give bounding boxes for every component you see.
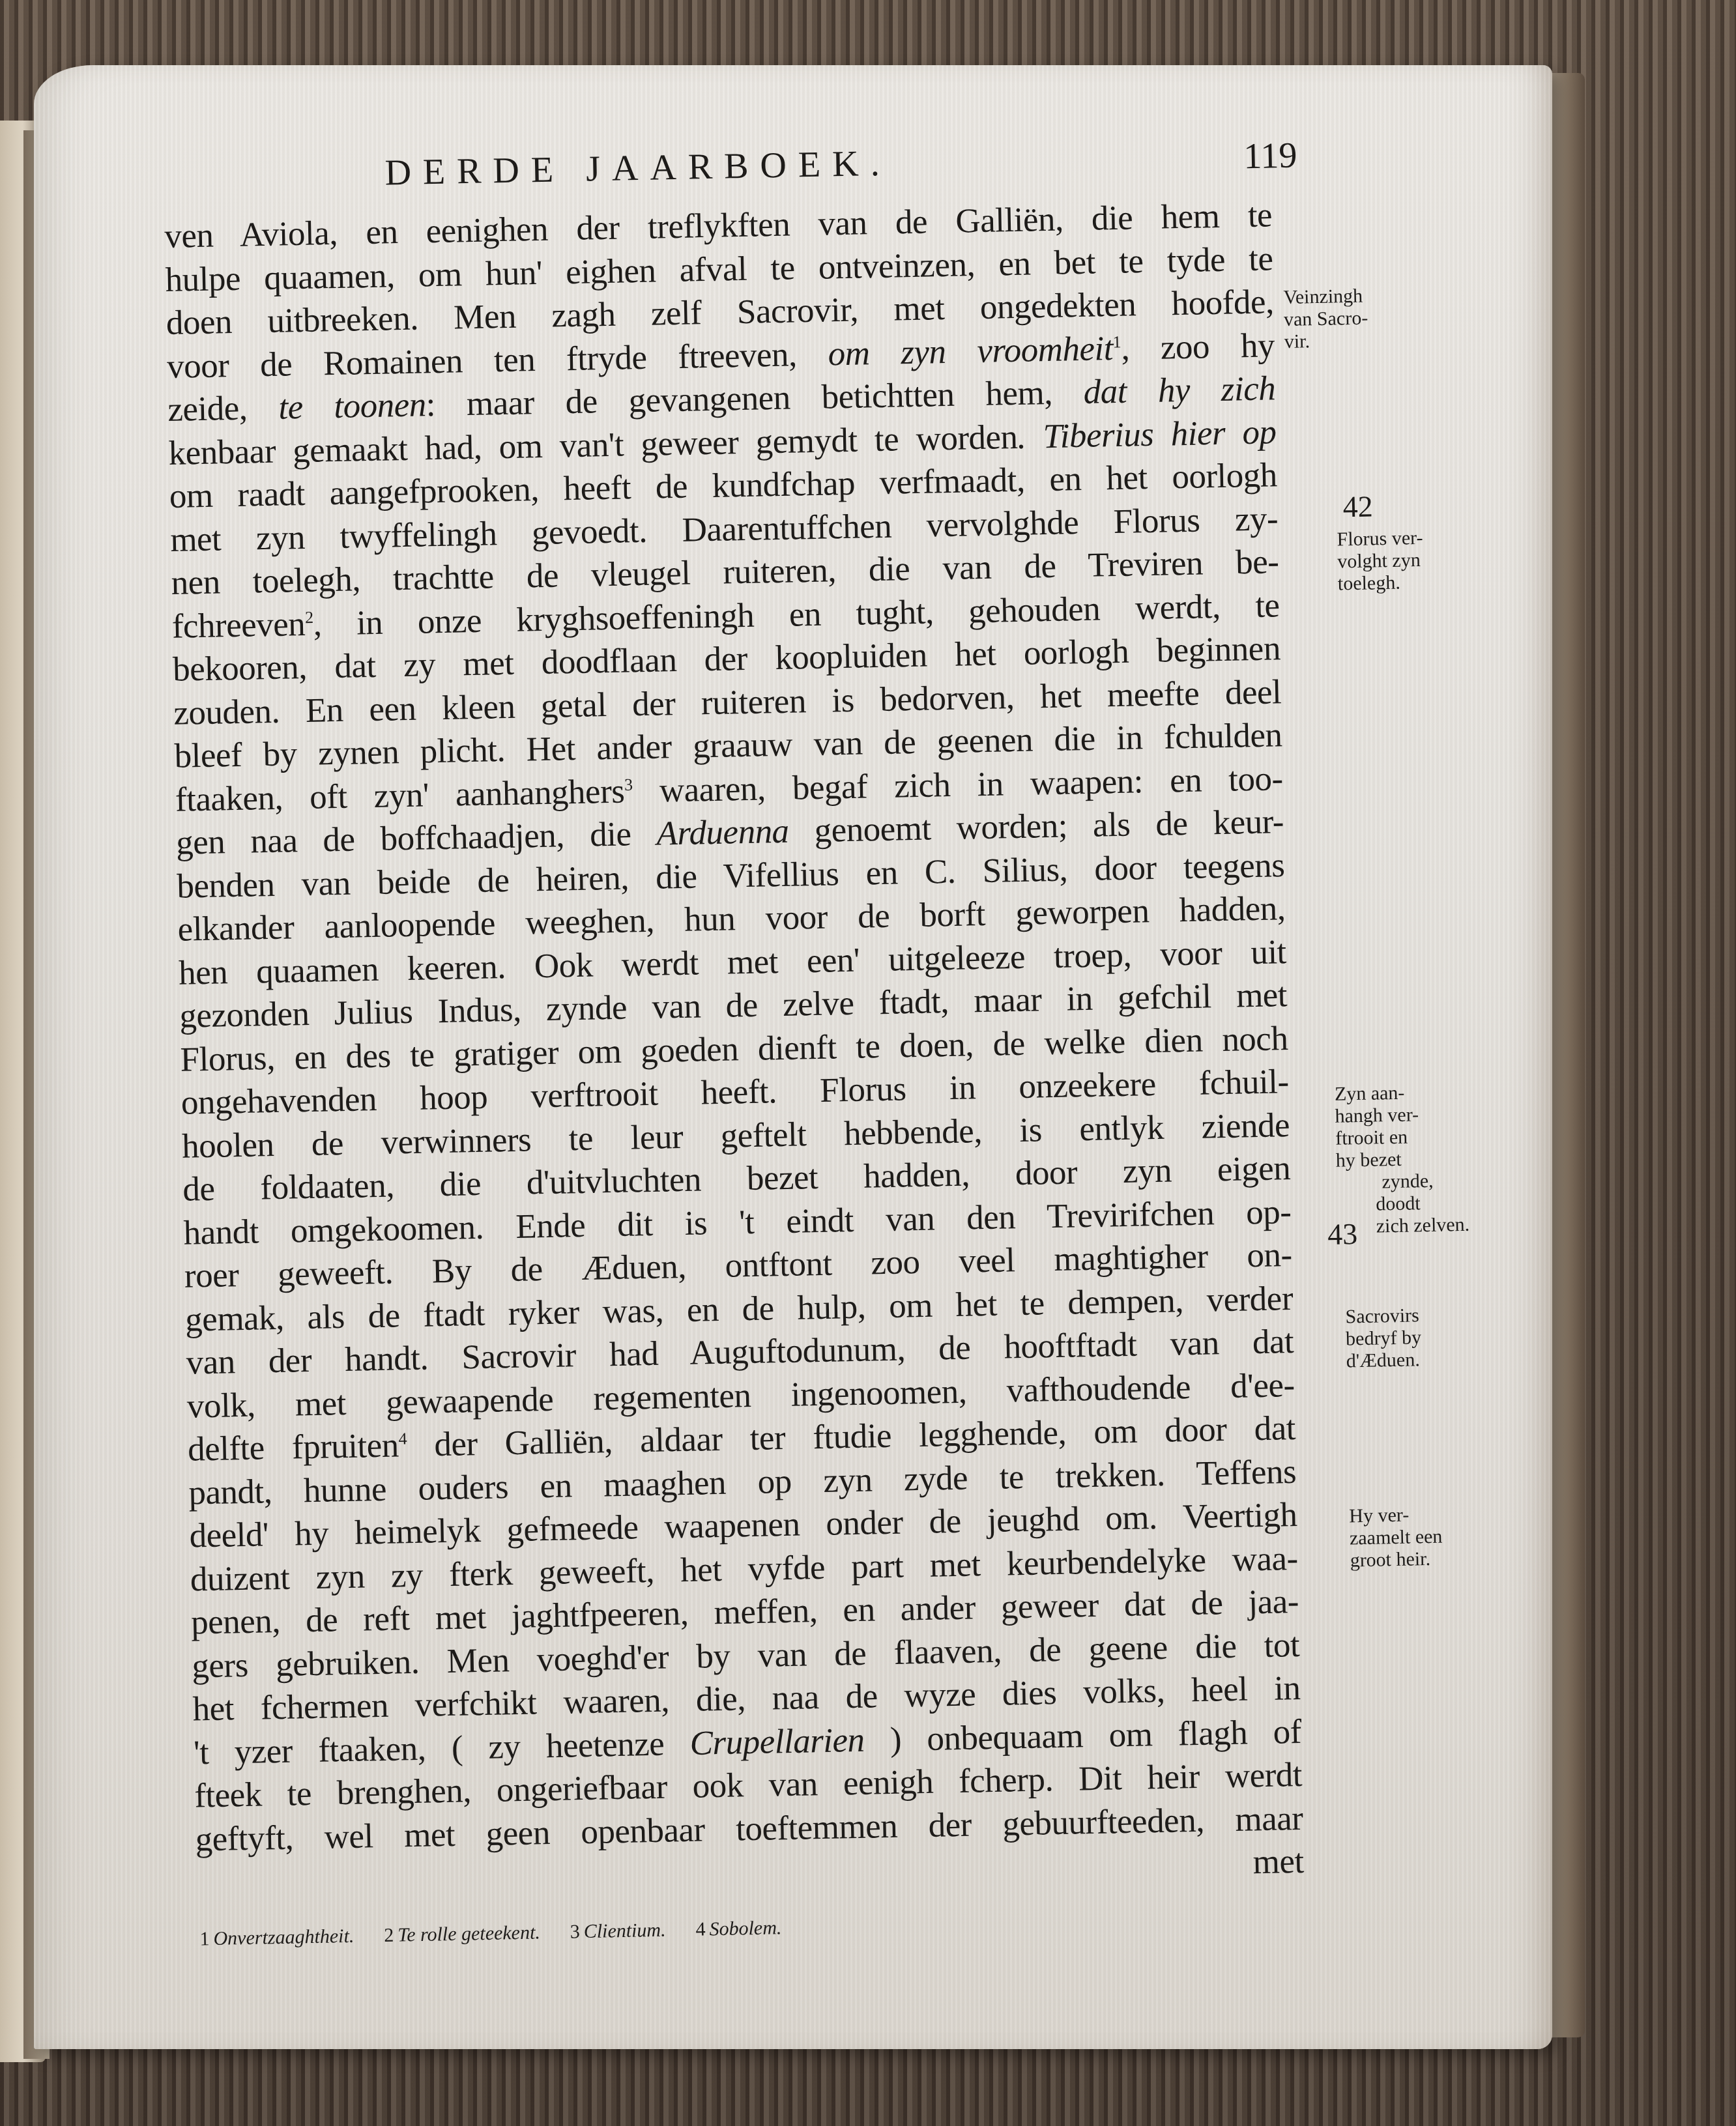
margin-note-line: van Sacro- xyxy=(1284,308,1368,331)
margin-note-line: Veinzingh xyxy=(1283,285,1368,309)
footnote: 2Te rolle geteekent. xyxy=(384,1921,540,1947)
footnote-ref: 1 xyxy=(1112,332,1121,351)
margin-note-line: bedryf by xyxy=(1346,1327,1421,1350)
margin-note-veinzingh-van-sacrovir: Veinzinghvan Sacro-vir. xyxy=(1283,285,1368,353)
margin-note-sacrovirs-bedryf: Sacrovirsbedryf byd'Æduen. xyxy=(1345,1304,1422,1372)
margin-note-line: ftrooit en xyxy=(1335,1125,1468,1149)
footnote: 4Sobolem. xyxy=(695,1917,781,1941)
page-content: DERDE JAARBOEK. 119 ven Aviola, en eenig… xyxy=(163,134,1357,1950)
footnote-number: 2 xyxy=(384,1924,394,1946)
margin-note-line: Florus ver- xyxy=(1337,526,1423,551)
body-text: ven Aviola, en eenighen der treflykften … xyxy=(164,193,1356,1904)
footnote-text: Clientium. xyxy=(583,1919,665,1942)
margin-note-zyn-aanhangh: Zyn aan-hangh ver-ftrooit enhy bezetzynd… xyxy=(1335,1080,1470,1238)
footnote-text: Onvertzaaghtheit. xyxy=(213,1925,354,1949)
footnote-ref: 2 xyxy=(305,608,313,627)
margin-note-line: volght zyn xyxy=(1337,549,1424,573)
footnote-number: 4 xyxy=(695,1918,706,1940)
footnote-number: 3 xyxy=(570,1921,580,1942)
footnote: 3Clientium. xyxy=(570,1919,665,1943)
section-number: 42 xyxy=(1342,489,1373,524)
footnote-text: Sobolem. xyxy=(709,1917,781,1940)
margin-note-line: zaamelt een xyxy=(1350,1526,1443,1550)
footnote: 1Onvertzaaghtheit. xyxy=(199,1925,354,1950)
margin-note-line: Hy ver- xyxy=(1349,1504,1442,1528)
running-title: DERDE JAARBOEK. xyxy=(384,143,891,194)
footnote-number: 1 xyxy=(199,1928,210,1949)
footnote-ref: 4 xyxy=(398,1429,407,1448)
margin-note-line: zynde, xyxy=(1336,1169,1469,1194)
margin-note-line: hangh ver- xyxy=(1335,1102,1468,1127)
margin-note-line: vir. xyxy=(1284,330,1368,353)
margin-note-line: groot heir. xyxy=(1350,1548,1443,1572)
section-number: 43 xyxy=(1327,1216,1358,1252)
margin-note-hy-verzaamelt: Hy ver-zaamelt eengroot heir. xyxy=(1349,1504,1443,1572)
margin-note-line: d'Æduen. xyxy=(1346,1349,1422,1372)
margin-note-line: Zyn aan- xyxy=(1335,1080,1468,1105)
margin-note-line: Sacrovirs xyxy=(1345,1304,1421,1328)
margin-note-florus-vervolght: Florus ver-volght zyntoelegh. xyxy=(1337,526,1424,595)
margin-note-line: hy bezet xyxy=(1336,1147,1469,1171)
margin-note-line: toelegh. xyxy=(1338,571,1425,595)
page-number: 119 xyxy=(1243,135,1297,178)
footnote-ref: 3 xyxy=(624,775,633,794)
margin-note-line: doodt xyxy=(1337,1191,1469,1216)
footnote-text: Te rolle geteekent. xyxy=(398,1921,540,1946)
